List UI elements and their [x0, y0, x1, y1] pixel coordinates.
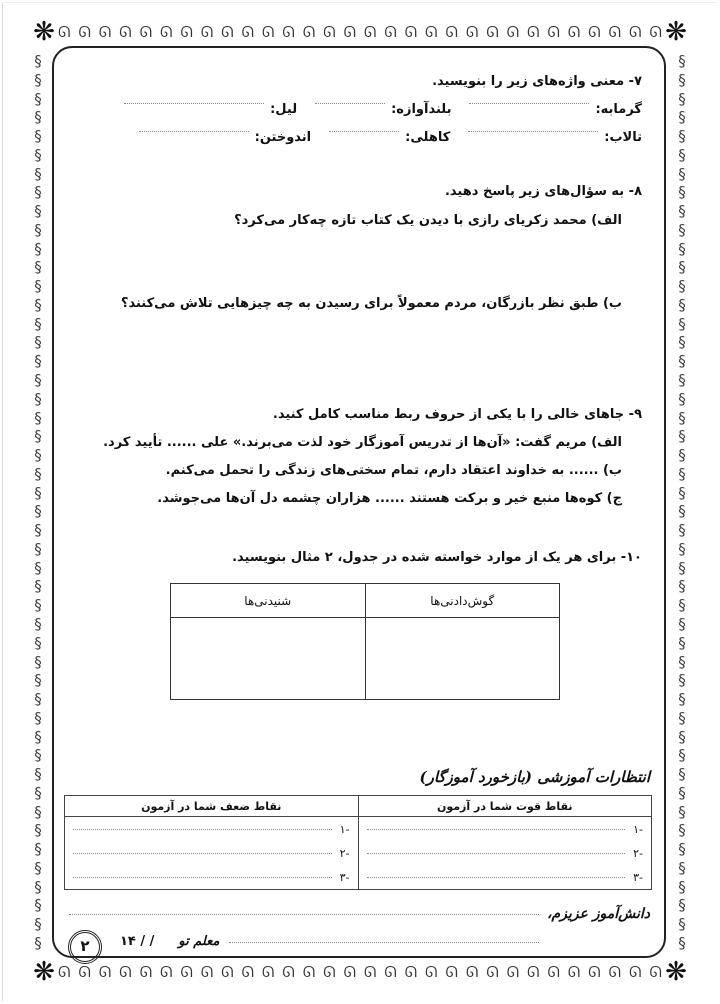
page-number: ۲	[68, 930, 102, 964]
answer-blank[interactable]	[468, 130, 598, 132]
corner-flower-icon: ❋	[30, 18, 58, 46]
corner-flower-icon: ❋	[30, 958, 58, 986]
q7-row1: گرمابه: بلندآوازه: لیل:	[118, 102, 642, 117]
top-ornament-border: ᘏᘏᘏᘏᘏᘏᘏᘏᘏᘏᘏᘏᘏᘏᘏᘏᘏᘏᘏᘏᘏᘏᘏᘏᘏᘏᘏᘏᘏᘏ	[58, 22, 662, 42]
right-ornament-border: §§§§§§§§§§§§§§§§§§§§§§§§§§§§§§§§§§§§§§§§…	[672, 52, 692, 952]
answer-blank[interactable]	[329, 130, 399, 132]
answer-blank[interactable]	[124, 102, 264, 104]
strengths-cell: -۱ -۲ -۳	[358, 817, 652, 890]
q10-table: شنیدنی‌ها گوش‌دادنی‌ها	[170, 583, 560, 700]
q8-a-answer-area[interactable]	[70, 236, 650, 286]
q7-word-talab: تالاب:	[604, 130, 642, 145]
q7-title: ۷- معنی واژه‌های زیر را بنویسید.	[432, 74, 642, 89]
strength-line-3[interactable]: -۳	[367, 865, 644, 889]
q10-cell-gushdadani[interactable]	[365, 618, 560, 700]
strengths-header: نقاط قوت شما در آزمون	[358, 796, 652, 817]
left-ornament-border: §§§§§§§§§§§§§§§§§§§§§§§§§§§§§§§§§§§§§§§§…	[28, 52, 48, 952]
feedback-table: نقاط قوت شما در آزمون نقاط ضعف شما در آز…	[64, 795, 652, 890]
weakness-line-2[interactable]: -۲	[73, 841, 350, 865]
q7-word-garmabe: گرمابه:	[595, 102, 642, 117]
weaknesses-cell: -۱ -۲ -۳	[65, 817, 359, 890]
corner-flower-icon: ❋	[662, 18, 690, 46]
weakness-line-3[interactable]: -۳	[73, 865, 350, 889]
strength-line-2[interactable]: -۲	[367, 841, 644, 865]
teacher-line: معلم تو ۱۴ / /	[120, 934, 646, 949]
q10-title: ۱۰- برای هر یک از موارد خواسته شده در جد…	[232, 550, 642, 565]
teacher-label: معلم تو	[178, 934, 219, 949]
student-label: دانش‌آموز عزیزم،	[547, 906, 650, 922]
q10-cell-shenidani[interactable]	[171, 618, 366, 700]
weaknesses-header: نقاط ضعف شما در آزمون	[65, 796, 359, 817]
answer-blank[interactable]	[469, 102, 589, 104]
q8-b: ب) طبق نظر بازرگان، مردم معمولاً برای رس…	[121, 296, 622, 311]
q10-col-shenidani: شنیدنی‌ها	[171, 584, 366, 618]
q9-title: ۹- جاهای خالی را با یکی از حروف ربط مناس…	[273, 407, 642, 422]
answer-blank[interactable]	[315, 102, 385, 104]
q8-a: الف) محمد زکریای رازی با دیدن یک کتاب تا…	[234, 213, 622, 228]
q7-word-andukhtan: اندوختن:	[255, 130, 312, 145]
q8-b-answer-area[interactable]	[70, 320, 650, 400]
q9-c: ج) کوه‌ها منبع خیر و برکت هستند ...... ه…	[157, 491, 622, 506]
q7-row2: تالاب: کاهلی: اندوختن:	[133, 130, 642, 145]
q7-word-kaheli: کاهلی:	[405, 130, 450, 145]
student-line: دانش‌آموز عزیزم،	[69, 906, 650, 922]
q8-title: ۸- به سؤال‌های زیر پاسخ دهید.	[445, 184, 642, 199]
strength-line-1[interactable]: -۱	[367, 817, 644, 841]
q9-b: ب) ...... به خداوند اعتقاد دارم، تمام سخ…	[166, 463, 622, 478]
feedback-title: انتظارات آموزشی (بازخورد آموزگار)	[420, 768, 651, 786]
weakness-line-1[interactable]: -۱	[73, 817, 350, 841]
answer-blank[interactable]	[139, 130, 249, 132]
teacher-signature-blank[interactable]	[229, 941, 539, 943]
q7-word-leil: لیل:	[270, 102, 297, 117]
bottom-ornament-border: ᘏᘏᘏᘏᘏᘏᘏᘏᘏᘏᘏᘏᘏᘏᘏᘏᘏᘏᘏᘏᘏᘏᘏᘏᘏᘏᘏᘏᘏᘏ	[58, 962, 662, 982]
q9-a: الف) مریم گفت: «آن‌ها از تدریس آموزگار خ…	[103, 435, 622, 450]
q7-word-bolandavaze: بلندآوازه:	[391, 102, 451, 117]
student-message-blank[interactable]	[69, 913, 539, 915]
corner-flower-icon: ❋	[662, 958, 690, 986]
date-field: ۱۴ / /	[120, 934, 154, 949]
q10-col-gushdadani: گوش‌دادنی‌ها	[365, 584, 560, 618]
